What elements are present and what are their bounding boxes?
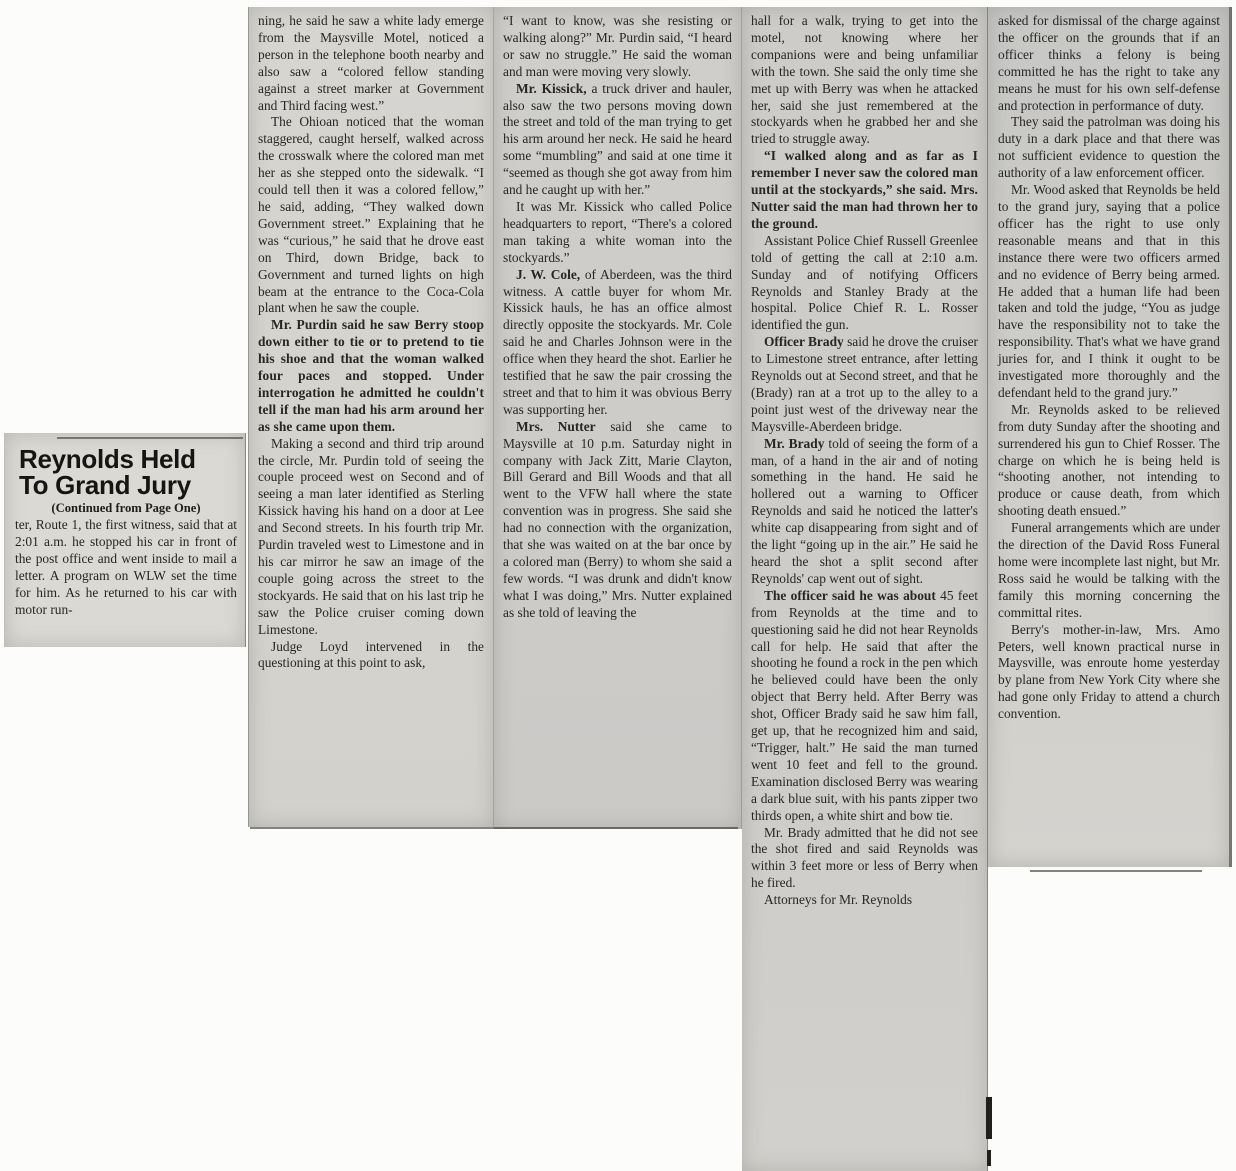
paragraph: Making a second and third trip around th… xyxy=(258,436,484,639)
paragraph-text: ning, he said he saw a white lady emerge… xyxy=(258,13,484,113)
paragraph-text: Judge Loyd intervened in the questioning… xyxy=(258,639,484,671)
paragraph-text: Berry's mother-in-law, Mrs. Amo Peters, … xyxy=(998,622,1220,722)
paragraph: asked for dismissal of the charge agains… xyxy=(998,13,1220,114)
paragraph-text: Mr. Reynolds asked to be relieved from d… xyxy=(998,402,1220,518)
paragraph: Mr. Wood asked that Reynolds be held to … xyxy=(998,182,1220,402)
paragraph: Mr. Brady admitted that he did not see t… xyxy=(751,825,978,893)
paragraph-text: The Ohioan noticed that the woman stagge… xyxy=(258,114,484,315)
paragraph: It was Mr. Kissick who called Police hea… xyxy=(503,199,732,267)
paragraph-text: told of seeing the form of a man, of a h… xyxy=(751,436,978,586)
paragraph-text: said she came to Maysville at 10 p.m. Sa… xyxy=(503,419,732,620)
paragraph-text: Assistant Police Chief Russell Greenlee … xyxy=(751,233,978,333)
newspaper-scan-page: { "headline_block": { "headline_line1": … xyxy=(0,0,1236,1171)
paragraph-text: a truck driver and hauler, also saw the … xyxy=(503,81,732,197)
paragraph: J. W. Cole, of Aberdeen, was the third w… xyxy=(503,267,732,419)
paragraph-lead: “I walked along and as far as I remember… xyxy=(751,148,978,231)
paragraph: Mrs. Nutter said she came to Maysville a… xyxy=(503,419,732,622)
paragraph: The officer said he was about 45 feet fr… xyxy=(751,588,978,825)
paragraph: Funeral arrangements which are under the… xyxy=(998,520,1220,621)
bottom-rule-column-4 xyxy=(1030,870,1202,872)
paragraph-text: Making a second and third trip around th… xyxy=(258,436,484,637)
torn-edge-rule xyxy=(57,437,243,439)
adjacent-clipping-fragment xyxy=(987,1150,991,1166)
article-headline-line1: Reynolds Held xyxy=(19,446,237,472)
paragraph-lead: Officer Brady xyxy=(764,334,844,349)
paragraph-lead: Mr. Kissick, xyxy=(516,81,587,96)
paragraph-text: “I want to know, was she resisting or wa… xyxy=(503,13,732,79)
paragraph-text: It was Mr. Kissick who called Police hea… xyxy=(503,199,732,265)
paragraph: Officer Brady said he drove the cruiser … xyxy=(751,334,978,435)
paragraph: Mr. Kissick, a truck driver and hauler, … xyxy=(503,81,732,199)
paragraph-text: Mr. Wood asked that Reynolds be held to … xyxy=(998,182,1220,400)
paragraph-text: They said the patrolman was doing his du… xyxy=(998,114,1220,180)
paragraph: “I walked along and as far as I remember… xyxy=(751,148,978,233)
headline-clipping-block: Reynolds Held To Grand Jury (Continued f… xyxy=(4,433,246,647)
paragraph: Assistant Police Chief Russell Greenlee … xyxy=(751,233,978,334)
paragraph: Attorneys for Mr. Reynolds xyxy=(751,892,978,909)
paragraph-text: Funeral arrangements which are under the… xyxy=(998,520,1220,620)
paragraph: Mr. Brady told of seeing the form of a m… xyxy=(751,436,978,588)
paragraph-text: ter, Route 1, the first witness, said th… xyxy=(15,517,237,617)
adjacent-clipping-fragment xyxy=(986,1097,992,1139)
paragraph: They said the patrolman was doing his du… xyxy=(998,114,1220,182)
news-column-4: asked for dismissal of the charge agains… xyxy=(988,7,1232,867)
paragraph-lead: Mr. Brady xyxy=(764,436,824,451)
paragraph-lead: The officer said he was about xyxy=(764,588,936,603)
article-subhead: (Continued from Page One) xyxy=(15,500,237,516)
paragraph: “I want to know, was she resisting or wa… xyxy=(503,13,732,81)
paragraph: Berry's mother-in-law, Mrs. Amo Peters, … xyxy=(998,622,1220,723)
news-column-3: hall for a walk, trying to get into the … xyxy=(742,7,988,1171)
news-column-1: ning, he said he saw a white lady emerge… xyxy=(248,7,494,827)
paragraph: The Ohioan noticed that the woman stagge… xyxy=(258,114,484,317)
paragraph: ter, Route 1, the first witness, said th… xyxy=(15,517,237,618)
paragraph-lead: Mrs. Nutter xyxy=(516,419,596,434)
paragraph-lead: Mr. Purdin said he saw Berry stoop down … xyxy=(258,317,484,433)
bottom-rule-columns-1-2 xyxy=(250,827,738,829)
paragraph-text: asked for dismissal of the charge agains… xyxy=(998,13,1220,113)
paragraph: hall for a walk, trying to get into the … xyxy=(751,13,978,148)
paragraph-text: Mr. Brady admitted that he did not see t… xyxy=(751,825,978,891)
paragraph-text: Attorneys for Mr. Reynolds xyxy=(764,892,912,907)
paragraph-lead: J. W. Cole, xyxy=(516,267,580,282)
paragraph: ning, he said he saw a white lady emerge… xyxy=(258,13,484,114)
paragraph: Mr. Purdin said he saw Berry stoop down … xyxy=(258,317,484,435)
paragraph: Judge Loyd intervened in the questioning… xyxy=(258,639,484,673)
paragraph: Mr. Reynolds asked to be relieved from d… xyxy=(998,402,1220,520)
paragraph-text: 45 feet from Reynolds at the time and to… xyxy=(751,588,978,823)
article-headline-line2: To Grand Jury xyxy=(19,472,237,498)
paragraph-text: hall for a walk, trying to get into the … xyxy=(751,13,978,146)
paragraph-text: of Aberdeen, was the third witness. A ca… xyxy=(503,267,732,417)
news-column-2: “I want to know, was she resisting or wa… xyxy=(494,7,742,829)
